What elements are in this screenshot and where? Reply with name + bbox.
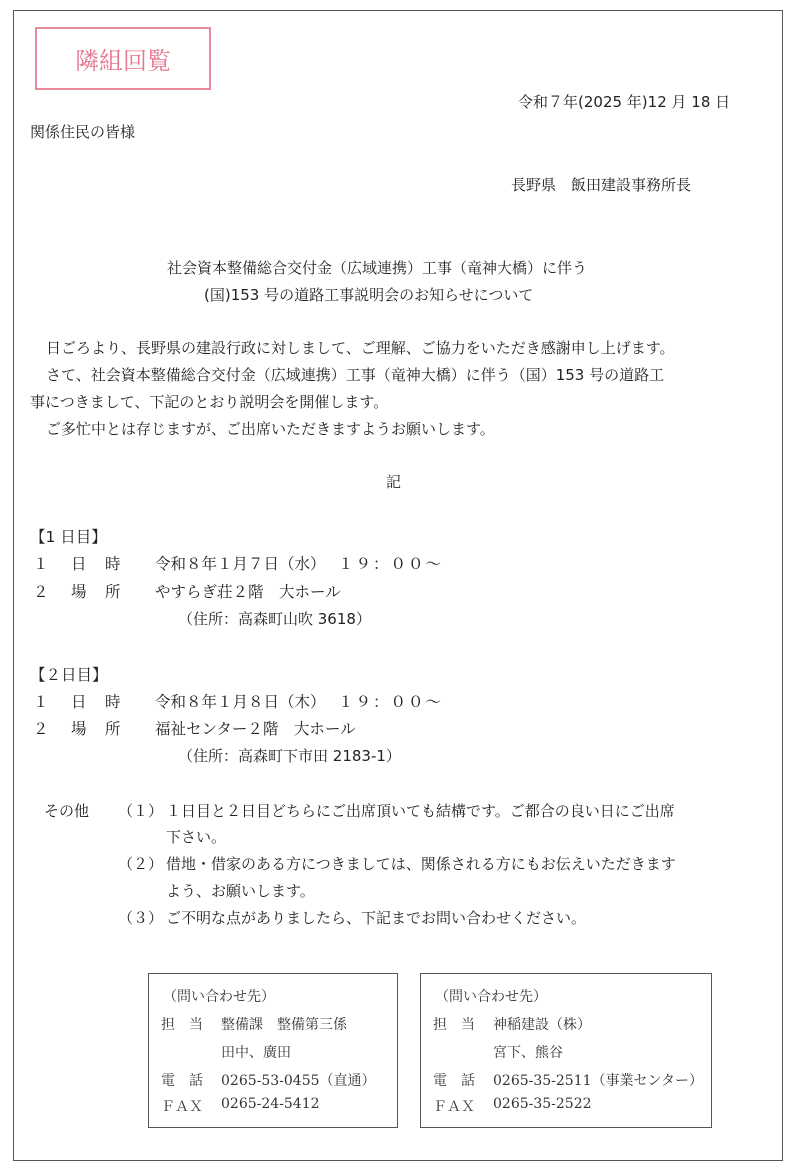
label-char: 場 (71, 717, 87, 739)
item-number: １ (33, 690, 49, 712)
ki-heading: 記 (386, 471, 401, 492)
document-date: 令和７年(2025 年)12 月 18 日 (518, 91, 730, 112)
contact-department: 整備課 整備第三係 (221, 1014, 347, 1034)
other-item-3-line-1: ご不明な点がありましたら、下記までお問い合わせください。 (166, 907, 586, 928)
sender: 長野県 飯田建設事務所長 (511, 174, 691, 195)
tel-label: 電 話 (161, 1070, 203, 1090)
label-char: 所 (105, 580, 121, 602)
contact-fax: 0265-35-2522 (493, 1096, 592, 1112)
contact-box-contractor: （問い合わせ先） 担 当 神稲建設（株） 宮下、熊谷 電 話 0265-35-2… (420, 973, 712, 1128)
person-label: 担 当 (161, 1014, 203, 1034)
contact-title: （問い合わせ先） (435, 986, 547, 1006)
contact-phone[interactable]: 0265-35-2511（事業センター） (493, 1070, 703, 1090)
contact-title: （問い合わせ先） (163, 986, 275, 1006)
contact-phone[interactable]: 0265-53-0455（直通） (221, 1070, 376, 1090)
session-2-place: ２ 場 所 福祉センター２階 大ホール (33, 717, 493, 739)
session-2-datetime: １ 日 時 令和８年１月８日（木） １９：００～ (33, 690, 493, 712)
fax-label: ＦＡＸ (433, 1096, 475, 1116)
session-date: 令和８年１月８日（木） (155, 690, 326, 712)
title-line-2: (国)153 号の道路工事説明会のお知らせについて (204, 284, 533, 305)
item-number: ２ (33, 580, 49, 602)
addressee: 関係住民の皆様 (30, 121, 135, 142)
label-char: 日 (71, 690, 87, 712)
contact-fax: 0265-24-5412 (221, 1096, 320, 1112)
session-venue: やすらぎ荘２階 大ホール (155, 580, 341, 602)
label-char: 日 (71, 552, 87, 574)
other-item-1-line-2: 下さい。 (166, 826, 226, 847)
item-number: ２ (33, 717, 49, 739)
session-venue: 福祉センター２階 大ホール (155, 717, 356, 739)
other-item-1-number: （１） (118, 800, 163, 821)
contact-department: 神稲建設（株） (493, 1014, 591, 1034)
session-2-heading: 【２日目】 (30, 663, 108, 685)
session-2-address: （住所：高森町下市田 2183-1） (178, 745, 401, 766)
other-item-2-line-2: よう、お願いします。 (166, 880, 315, 901)
session-1-datetime: １ 日 時 令和８年１月７日（水） １９：００～ (33, 552, 493, 574)
circulation-stamp: 隣組回覧 (35, 27, 211, 90)
contact-box-prefecture: （問い合わせ先） 担 当 整備課 整備第三係 田中、廣田 電 話 0265-53… (148, 973, 398, 1128)
other-item-2-number: （２） (118, 853, 163, 874)
session-1-address: （住所：高森町山吹 3618） (178, 608, 371, 629)
body-paragraph-1: 日ごろより、長野県の建設行政に対しまして、ご理解、ご協力をいただき感謝申し上げま… (46, 337, 675, 358)
session-1-heading: 【1 日目】 (30, 525, 107, 547)
title-line-1: 社会資本整備総合交付金（広域連携）工事（竜神大橋）に伴う (167, 257, 587, 278)
contact-names: 宮下、熊谷 (493, 1042, 563, 1062)
other-item-3-number: （３） (118, 907, 163, 928)
body-paragraph-2b: 事につきまして、下記のとおり説明会を開催します。 (30, 391, 388, 412)
tel-label: 電 話 (433, 1070, 475, 1090)
contact-names: 田中、廣田 (221, 1042, 291, 1062)
session-time: １９：００～ (338, 552, 443, 574)
other-label: その他 (44, 800, 89, 821)
label-char: 場 (71, 580, 87, 602)
body-paragraph-2a: さて、社会資本整備総合交付金（広域連携）工事（竜神大橋）に伴う（国）153 号の… (46, 364, 664, 385)
session-1-place: ２ 場 所 やすらぎ荘２階 大ホール (33, 580, 493, 602)
label-char: 時 (105, 552, 121, 574)
item-number: １ (33, 552, 49, 574)
session-time: １９：００～ (338, 690, 443, 712)
label-char: 所 (105, 717, 121, 739)
session-date: 令和８年１月７日（水） (155, 552, 326, 574)
person-label: 担 当 (433, 1014, 475, 1034)
fax-label: ＦＡＸ (161, 1096, 203, 1116)
other-item-2-line-1: 借地・借家のある方につきましては、関係される方にもお伝えいただきます (166, 853, 676, 874)
stamp-label: 隣組回覧 (75, 41, 171, 76)
label-char: 時 (105, 690, 121, 712)
other-item-1-line-1: １日目と２日目どちらにご出席頂いても結構です。ご都合の良い日にご出席 (166, 800, 675, 821)
body-paragraph-3: ご多忙中とは存じますが、ご出席いただきますようお願いします。 (46, 418, 495, 439)
